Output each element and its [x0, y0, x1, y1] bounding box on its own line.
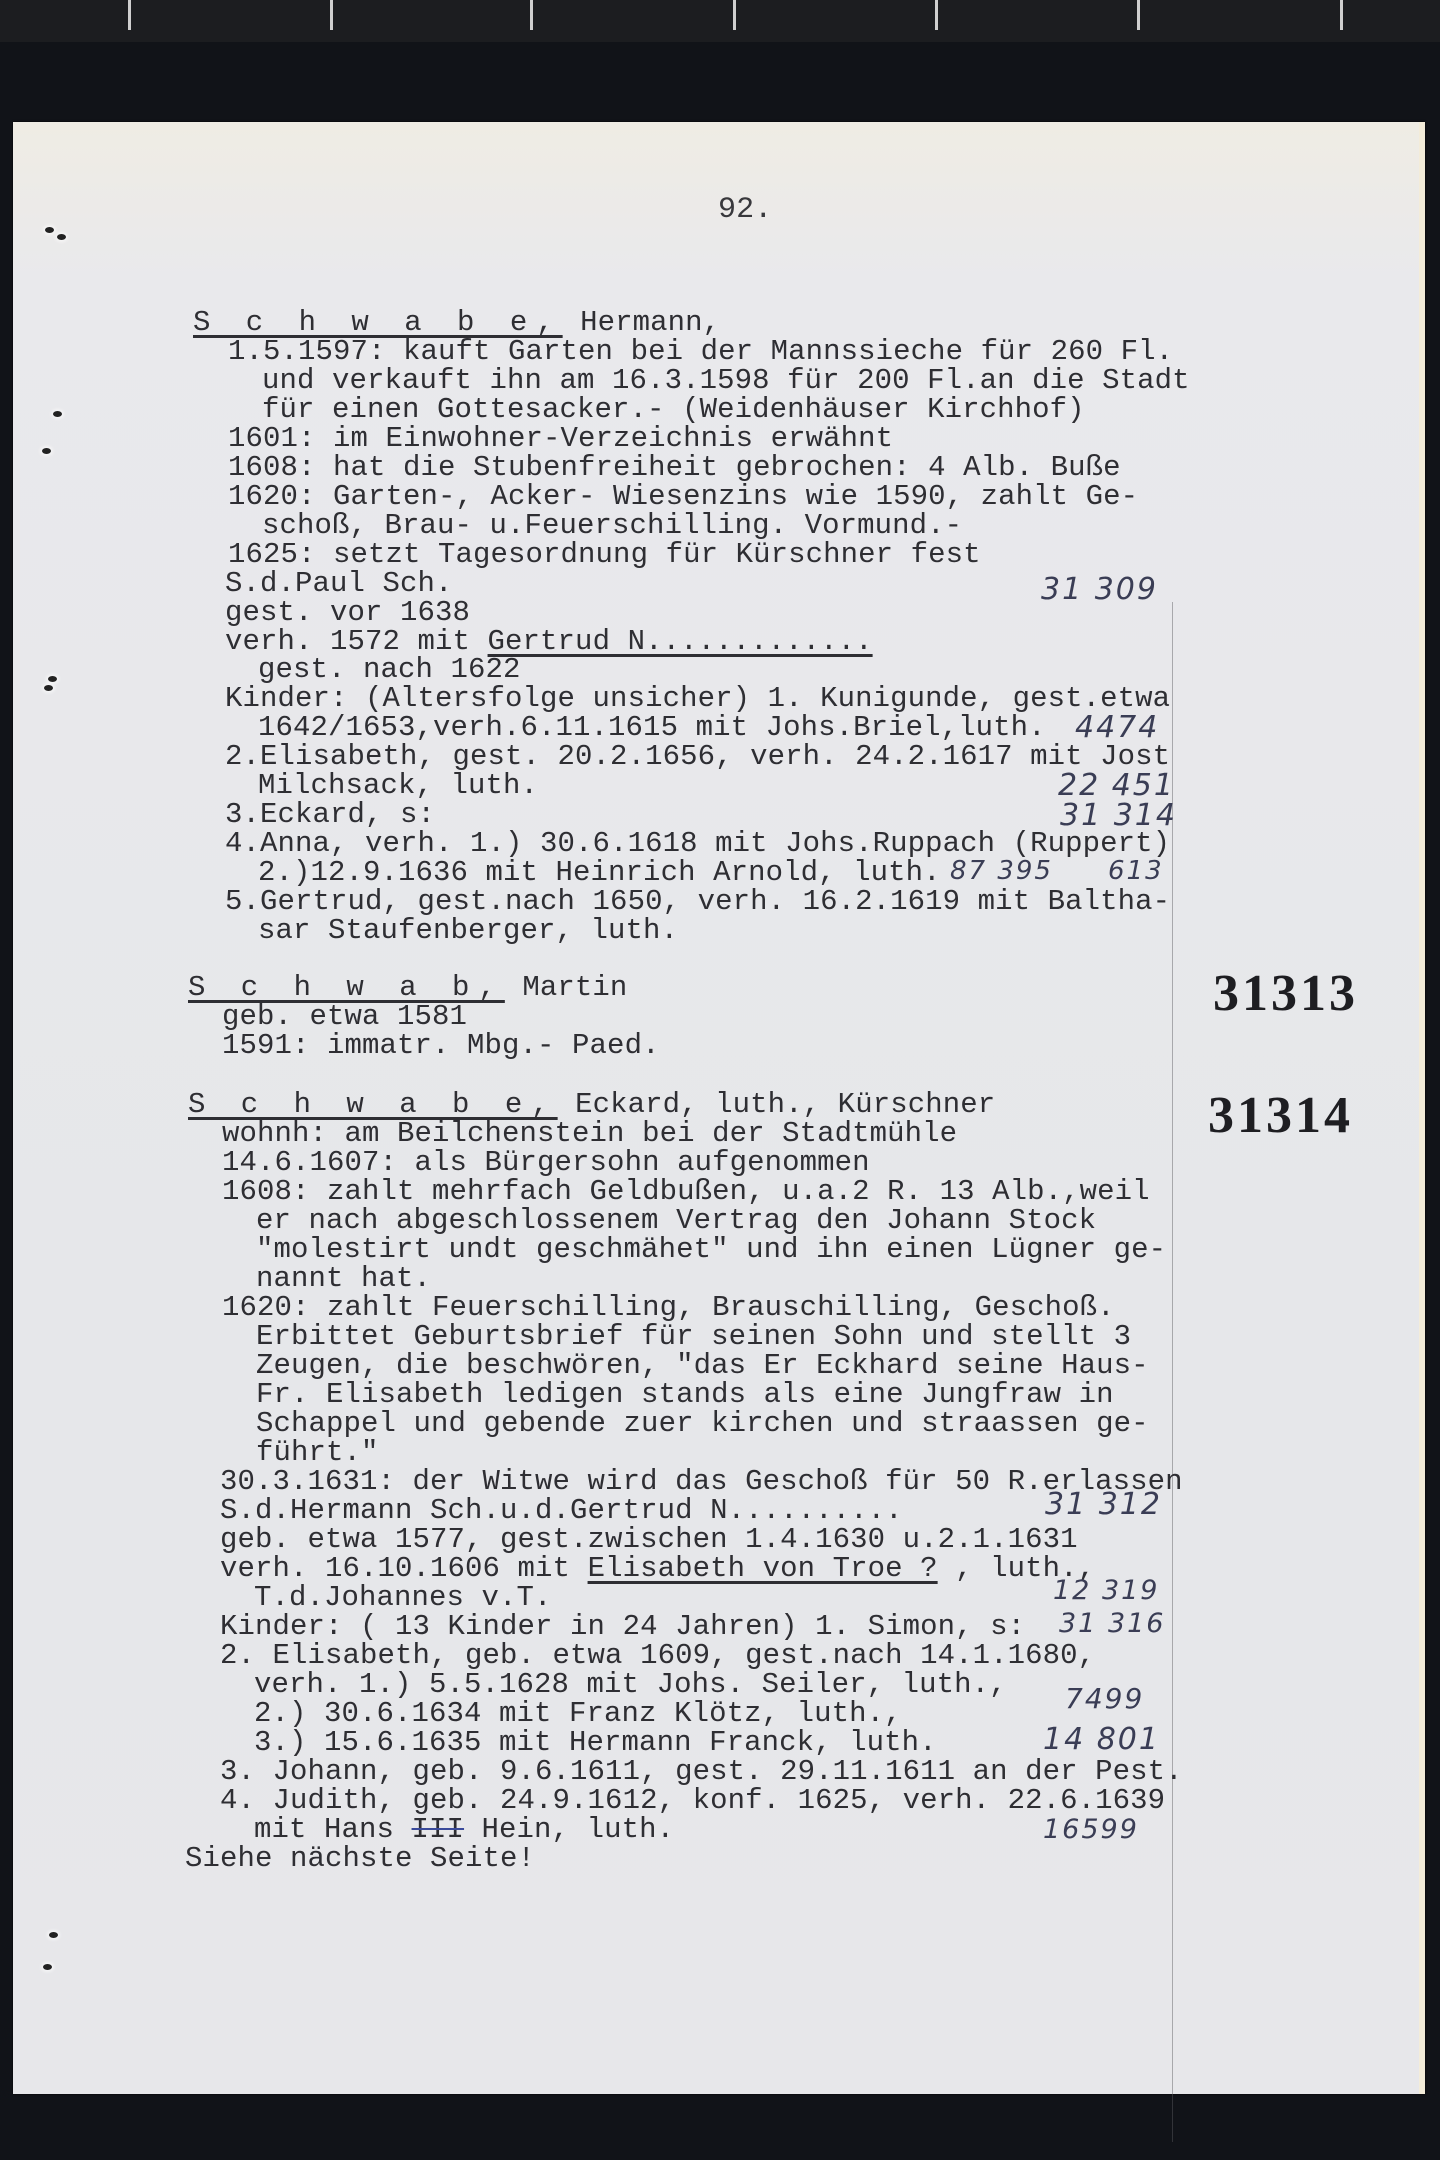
punch-hole — [42, 448, 51, 454]
entry-line: 4. Judith, geb. 24.9.1612, konf. 1625, v… — [220, 1786, 1165, 1815]
punch-hole — [49, 1932, 58, 1938]
entry-line: schoß, Brau- u.Feuerschilling. Vormund.- — [262, 511, 962, 540]
page-number: 92. — [718, 196, 772, 225]
entry-heading: S c h w a b, Martin — [188, 973, 627, 1002]
entry-line: 5.Gertrud, gest.nach 1650, verh. 16.2.16… — [225, 887, 1170, 916]
entry-line: 1620: zahlt Feuerschilling, Brauschillin… — [222, 1293, 1115, 1322]
film-tick — [128, 0, 131, 30]
film-tick — [1137, 0, 1140, 30]
handwritten-note: 4474 — [1075, 710, 1159, 745]
entry-line: Kinder: (Altersfolge unsicher) 1. Kunigu… — [225, 684, 1170, 713]
entry-heading: S c h w a b e, Eckard, luth., Kürschner — [188, 1090, 995, 1119]
entry-line: gest. nach 1622 — [258, 655, 521, 684]
punch-hole — [44, 685, 53, 691]
entry-line: T.d.Johannes v.T. — [254, 1583, 552, 1612]
entry-line: 1625: setzt Tagesordnung für Kürschner f… — [228, 540, 981, 569]
record-number-stamp: 31314 — [1208, 1086, 1353, 1145]
entry-line: 1601: im Einwohner-Verzeichnis erwähnt — [228, 424, 893, 453]
entry-line: 3.Eckard, s: — [225, 800, 435, 829]
entry-line: geb. etwa 1577, gest.zwischen 1.4.1630 u… — [220, 1525, 1078, 1554]
entry-line: führt." — [256, 1438, 379, 1467]
film-tick — [330, 0, 333, 30]
spouse-name: Elisabeth von Troe ? — [588, 1552, 938, 1585]
handwritten-note: 7499 — [1065, 1682, 1144, 1715]
entry-line: 4.Anna, verh. 1.) 30.6.1618 mit Johs.Rup… — [225, 829, 1170, 858]
punch-hole — [48, 676, 57, 682]
entry-line: 1591: immatr. Mbg.- Paed. — [222, 1031, 660, 1060]
entry-line: 30.3.1631: der Witwe wird das Geschoß fü… — [220, 1467, 1183, 1496]
entry-line: 3. Johann, geb. 9.6.1611, gest. 29.11.16… — [220, 1757, 1183, 1786]
entry-line: 2. Elisabeth, geb. etwa 1609, gest.nach … — [220, 1641, 1095, 1670]
film-tick — [530, 0, 533, 30]
film-tick — [935, 0, 938, 30]
entry-line: Schappel und gebende zuer kirchen und st… — [256, 1409, 1149, 1438]
film-strip — [0, 0, 1440, 42]
handwritten-note: 87 395 — [950, 856, 1053, 886]
handwritten-note: 12 319 — [1053, 1575, 1159, 1606]
handwritten-note: 31 312 — [1045, 1487, 1162, 1522]
entry-line: Erbittet Geburtsbrief für seinen Sohn un… — [256, 1322, 1131, 1351]
entry-line: Kinder: ( 13 Kinder in 24 Jahren) 1. Sim… — [220, 1612, 1025, 1641]
film-tick — [733, 0, 736, 30]
entry-line: 14.6.1607: als Bürgersohn aufgenommen — [222, 1148, 870, 1177]
handwritten-note: 31 309 — [1041, 572, 1158, 607]
record-number-stamp: 31313 — [1213, 964, 1358, 1023]
margin-rule — [1172, 602, 1173, 2142]
entry-line: verh. 1572 mit Gertrud N............. — [225, 627, 873, 656]
page-edge — [1419, 122, 1425, 2094]
document-page: 92. S c h w a b e, Hermann, 1.5.1597: ka… — [13, 122, 1425, 2094]
entry-line: 3.) 15.6.1635 mit Hermann Franck, luth. — [254, 1728, 937, 1757]
entry-line: er nach abgeschlossenem Vertrag den Joha… — [256, 1206, 1096, 1235]
handwritten-note: 14 801 — [1043, 1722, 1160, 1757]
entry-line: 1.5.1597: kauft Garten bei der Mannssiec… — [228, 337, 1173, 366]
entry-line: mit Hans III Hein, luth. — [254, 1815, 674, 1844]
entry-line: geb. etwa 1581 — [222, 1002, 467, 1031]
punch-hole — [57, 234, 66, 240]
entry-line: Zeugen, die beschwören, "das Er Eckhard … — [256, 1351, 1149, 1380]
entry-line: 2.Elisabeth, gest. 20.2.1656, verh. 24.2… — [225, 742, 1170, 771]
entry-line: "molestirt undt geschmähet" und ihn eine… — [256, 1235, 1166, 1264]
handwritten-note: 16599 — [1043, 1814, 1139, 1845]
entry-line: sar Staufenberger, luth. — [258, 916, 678, 945]
given-name: Martin — [505, 971, 628, 1004]
entry-line: 1608: zahlt mehrfach Geldbußen, u.a.2 R.… — [222, 1177, 1150, 1206]
film-tick — [1340, 0, 1343, 30]
punch-hole — [45, 227, 54, 233]
entry-line: S.d.Hermann Sch.u.d.Gertrud N.......... — [220, 1496, 903, 1525]
entry-line: 1642/1653,verh.6.11.1615 mit Johs.Briel,… — [258, 713, 1046, 742]
entry-line: 1608: hat die Stubenfreiheit gebrochen: … — [228, 453, 1121, 482]
entry-line: für einen Gottesacker.- (Weidenhäuser Ki… — [262, 395, 1085, 424]
handwritten-note: 613 — [1108, 856, 1164, 886]
entry-line: verh. 1.) 5.5.1628 mit Johs. Seiler, lut… — [254, 1670, 1007, 1699]
entry-heading: S c h w a b e, Hermann, — [193, 308, 720, 337]
entry-line: 2.) 30.6.1634 mit Franz Klötz, luth., — [254, 1699, 902, 1728]
entry-line: S.d.Paul Sch. — [225, 569, 453, 598]
handwritten-note: 31 316 — [1059, 1608, 1165, 1639]
handwritten-note: 31 314 — [1060, 798, 1177, 833]
entry-line: Milchsack, luth. — [258, 771, 538, 800]
entry-line: verh. 16.10.1606 mit Elisabeth von Troe … — [220, 1554, 1095, 1583]
entry-line: 2.)12.9.1636 mit Heinrich Arnold, luth. — [258, 858, 941, 887]
entry-line: gest. vor 1638 — [225, 598, 470, 627]
entry-line: 1620: Garten-, Acker- Wiesenzins wie 159… — [228, 482, 1138, 511]
continuation-note: Siehe nächste Seite! — [185, 1844, 535, 1873]
punch-hole — [53, 411, 62, 417]
entry-line: und verkauft ihn am 16.3.1598 für 200 Fl… — [262, 366, 1190, 395]
entry-line: wohnh: am Beilchenstein bei der Stadtmüh… — [222, 1119, 957, 1148]
entry-line: Fr. Elisabeth ledigen stands als eine Ju… — [256, 1380, 1114, 1409]
spouse-name: Gertrud N............. — [488, 625, 873, 658]
punch-hole — [43, 1964, 52, 1970]
entry-line: nannt hat. — [256, 1264, 431, 1293]
